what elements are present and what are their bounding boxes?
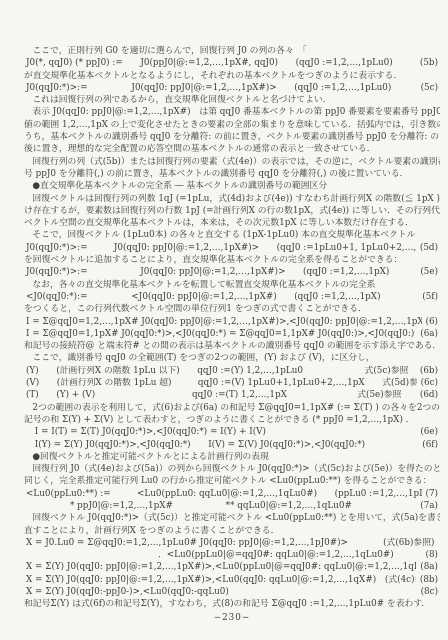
text-line: ここで，正則行列 G0 を適切に選らんで，回復行列 J0 の列の各々 「 — [24, 45, 440, 57]
text-line: 値の範囲 1,2,…,1pX の上で変化させたときの要素の全部の集まりを意味して… — [24, 119, 440, 131]
text-line: ここで，識別番号 qqJ0 の全範囲(T) をつぎの2つの範囲，(Y) および … — [24, 352, 440, 364]
equation-body: (V) (計画行列X の階数 1pLu 超) qqJ0 :=(V) 1pLu0+… — [24, 377, 417, 389]
equation-line: I = I(T) = Σ(T) J0(qqJ0:*)>,<J0(qqJ0:*) … — [24, 426, 440, 438]
text-line: これは回復行列の列であるから，直交規準化回復ベクトルと名づけてよい． — [24, 94, 440, 106]
equation-number: (5b) — [416, 57, 440, 69]
equation-body: J0(*, qqJ0) (* ppJ0) := J0(ppJ0|@:=1,2,…… — [24, 57, 416, 69]
equation-body: I = Σ@qqJ0=1,1pX# J0(qqJ0:*)>,<J0(qqJ0:*… — [24, 328, 416, 340]
equation-number: (5d) — [416, 242, 440, 254]
page-number: −230− — [24, 612, 440, 624]
equation-body: (Y) (計画行列X の階数 1pLu 以下) qqJ0 :=(Y) 1,2,…… — [24, 365, 416, 377]
equation-body: (T) (Y) + (V) qqJ0 :=(T) 1,2,…,1pX 式(5e)… — [24, 389, 416, 401]
equation-number: (8c) — [417, 586, 440, 598]
equation-line: X = Σ(Y) J0(qqJ0: ppJ0|@:=1,2,…,1pX#)>,<… — [24, 574, 440, 586]
equation-body: <Lu0(ppLu0:**) := <Lu0(ppLu0: qqLu0|@:=1… — [24, 488, 422, 500]
text-line: 和記号Σ(Y) は式(6f)の和記号Σ(Y)，すなわち，式(8)の和記号 Σ@q… — [24, 598, 440, 610]
equation-number — [434, 537, 440, 549]
text-line: なお，各々の直交規準化基本ベクトルを転置して転置直交規準化基本ベクトルの完全系 — [24, 279, 440, 291]
equation-line: (T) (Y) + (V) qqJ0 :=(T) 1,2,…,1pX 式(5e)… — [24, 389, 440, 401]
equation-line: X = J0.Lu0 = Σ@qqJ0:=1,2,…,1pLu0# J0(qqJ… — [24, 537, 440, 549]
equation-number: (6e) — [416, 426, 440, 438]
equation-number: (8b) — [416, 574, 440, 586]
text-line: 和記号の接続符@ と端末符# との間の表示は基本ベクトルの識別番号 qqJ0 の… — [24, 340, 440, 352]
equation-number: (5c) — [417, 82, 440, 94]
text-line: 回復行列 J0（式(4e)および(5a)）の列から回復ベクトル J0(qqJ0:… — [24, 463, 440, 475]
document-body: ここで，正則行列 G0 を適切に選らんで，回復行列 J0 の列の各々 「J0(*… — [24, 45, 440, 611]
equation-line: (V) (計画行列X の階数 1pLu 超) qqJ0 :=(V) 1pLu0+… — [24, 377, 440, 389]
equation-line: I = Σ@qqJ0=1,1pX# J0(qqJ0:*)>,<J0(qqJ0:*… — [24, 328, 440, 340]
equation-body: I = I(T) = Σ(T) J0(qqJ0:*)>,<J0(qqJ0:*) … — [24, 426, 416, 438]
text-line: そこで，回復ベクトル (1pLu0本) の各々と直交する (1pX-1pLu0)… — [24, 229, 440, 241]
section-heading: ●直交規準化基本ベクトルの完全系 ― 基本ベクトルの識別番号の範囲区分 — [24, 180, 440, 192]
equation-body: X = Σ(Y) J0(qqJ0:-ppJ0-)>,<Lu0(qqJ0:-qqL… — [24, 586, 417, 598]
equation-number: (6d) — [416, 389, 440, 401]
equation-body: X = J0.Lu0 = Σ@qqJ0:=1,2,…,1pLu0# J0(qqJ… — [24, 537, 434, 549]
equation-number: (6a) — [416, 328, 440, 340]
equation-number: (7) — [422, 488, 440, 500]
equation-number: (6b) — [416, 365, 440, 377]
equation-number: (6) — [422, 316, 440, 328]
text-line: 同じく，完全系推定可能行列 Lu0 の行から推定可能ベクトル <Lu0(ppLu… — [24, 475, 440, 487]
equation-body: X = Σ(Y) J0(qqJ0: ppJ0|@:=1,2,…,1pX#)>,<… — [24, 561, 416, 573]
equation-line: J0(qqJ0:*)>:= J0(qqJ0: ppJ0|@:=1,2,…,1pX… — [24, 242, 440, 254]
equation-line: I(Y) = Σ(Y) J0(qqJ0:*)>,<J0(qqJ0:*) I(V)… — [24, 439, 440, 451]
text-line: 後に置き，理想的な完全配置の応答空間の基本ベクトルの通常の表示と一致させている． — [24, 143, 440, 155]
equation-line: J0(qqJ0:*)>:= J0(qqJ0: ppJ0|@:=1,2,…,1pX… — [24, 266, 440, 278]
equation-body: J0(qqJ0:*)>:= J0(qqJ0: ppJ0|@:=1,2,…,1pX… — [24, 242, 416, 254]
equation-number: (6c) — [417, 377, 440, 389]
equation-number: (5e) — [416, 266, 440, 278]
equation-number: (5f) — [418, 291, 440, 303]
equation-number: (6f) — [418, 439, 440, 451]
text-line: 回復ベクトル J0(qqJ0:*)>（式(5c)）と推定可能ベクトル <Lu0(… — [24, 512, 440, 524]
document-page: ここで，正則行列 G0 を適切に選らんで，回復行列 J0 の列の各々 「J0(*… — [0, 0, 448, 640]
equation-line: J0(qqJ0:*)>:= J0(qqJ0: ppJ0|@:=1,2,…,1pX… — [24, 82, 440, 94]
text-line: け存在するが，要素数は回復行列の行数 1pJ (=計画行列X の行の数1pX，式… — [24, 205, 440, 217]
equation-body: I(Y) = Σ(Y) J0(qqJ0:*)>,<J0(qqJ0:*) I(V)… — [24, 439, 418, 451]
text-line: 回復ベクトルは回復行列の列数 1qJ (=1pLu，式(4d)および(4e)) … — [24, 193, 440, 205]
text-line: 表示 J0(qqJ0: ppJ0|@:=1,2,…,1pX#) は第 qqJ0 … — [24, 106, 440, 118]
text-line: が直交規準化基本ベクトルとなるようにし，それぞれの基本ベクトルをつぎのように表示… — [24, 70, 440, 82]
text-line: 号 ppJ0 を分離符(,) の前に置き，基本ベクトルの識別番号 qqJ0 を分… — [24, 168, 440, 180]
equation-body: J0(qqJ0:*)>:= J0(qqJ0: ppJ0|@:=1,2,…,1pX… — [24, 82, 417, 94]
equation-number: (8a) — [416, 561, 440, 573]
equation-line: * ppJ0|@:=1,2,…,1pX# ** qqLu0|@:=1,2,…,1… — [24, 500, 440, 512]
text-line: 記号の和 Σ(Y) + Σ(V) として表わすと，つぎのように書くことができる … — [24, 414, 440, 426]
text-line: ベクトル空間の直交規準化基本ベクトルは，本来は，その次元数1pX に等しい本数だ… — [24, 217, 440, 229]
equation-body: J0(qqJ0:*)>:= J0(qqJ0: ppJ0|@:=1,2,…,1pX… — [24, 266, 416, 278]
equation-body: <J0(qqJ0:*):= <J0(qqJ0: ppJ0|@:=1,2,…,1p… — [24, 291, 418, 303]
equation-line: (Y) (計画行列X の階数 1pLu 以下) qqJ0 :=(Y) 1,2,…… — [24, 365, 440, 377]
text-line: を回復ベクトルに追加することにより，直交規準化基本ベクトルの完全系を得ることがで… — [24, 254, 440, 266]
equation-body: * ppJ0|@:=1,2,…,1pX# ** qqLu0|@:=1,2,…,1… — [24, 500, 416, 512]
text-line: うち，基本ベクトルの識別番号 qqJ0 を分離符: の前に置き，ベクトル要素の識… — [24, 131, 440, 143]
equation-line: ．<Lu0(ppLu0|@=qqJ0#: qqLu0|@:=1,2,…,1qLu… — [24, 549, 440, 561]
text-line: をつくると，この行列代数ベクトル空間の単位行列1 をつぎの式で書くことができる． — [24, 303, 440, 315]
equation-line: <J0(qqJ0:*):= <J0(qqJ0: ppJ0|@:=1,2,…,1p… — [24, 291, 440, 303]
equation-line: I = Σ@qqJ0=1,2,…,1pX# J0(qqJ0: ppJ0|@:=1… — [24, 316, 440, 328]
text-line: 回復行列の列（式(5b)）または回復行列の要素（式(4e)）の表示では，その逆に… — [24, 156, 440, 168]
section-heading: ●回復ベクトルと推定可能ベクトルとによる計画行列の表現 — [24, 451, 440, 463]
equation-body: ．<Lu0(ppLu0|@=qqJ0#: qqLu0|@:=1,2,…,1qLu… — [24, 549, 422, 561]
equation-number: (7a) — [416, 500, 440, 512]
text-line: 2つの範囲の表示を利用して，式(6)および(6a) の和記号 Σ@qqJ0=1,… — [24, 402, 440, 414]
equation-line: X = Σ(Y) J0(qqJ0: ppJ0|@:=1,2,…,1pX#)>,<… — [24, 561, 440, 573]
equation-line: <Lu0(ppLu0:**) := <Lu0(ppLu0: qqLu0|@:=1… — [24, 488, 440, 500]
equation-body: I = Σ@qqJ0=1,2,…,1pX# J0(qqJ0: ppJ0|@:=1… — [24, 316, 422, 328]
equation-line: J0(*, qqJ0) (* ppJ0) := J0(ppJ0|@:=1,2,…… — [24, 57, 440, 69]
text-line: 直すことにより，計画行列X をつぎのように書くことができる． — [24, 525, 440, 537]
equation-number: (8) — [422, 549, 440, 561]
equation-body: X = Σ(Y) J0(qqJ0: ppJ0|@:=1,2,…,1pX#)>,<… — [24, 574, 416, 586]
equation-line: X = Σ(Y) J0(qqJ0:-ppJ0-)>,<Lu0(qqJ0:-qqL… — [24, 586, 440, 598]
